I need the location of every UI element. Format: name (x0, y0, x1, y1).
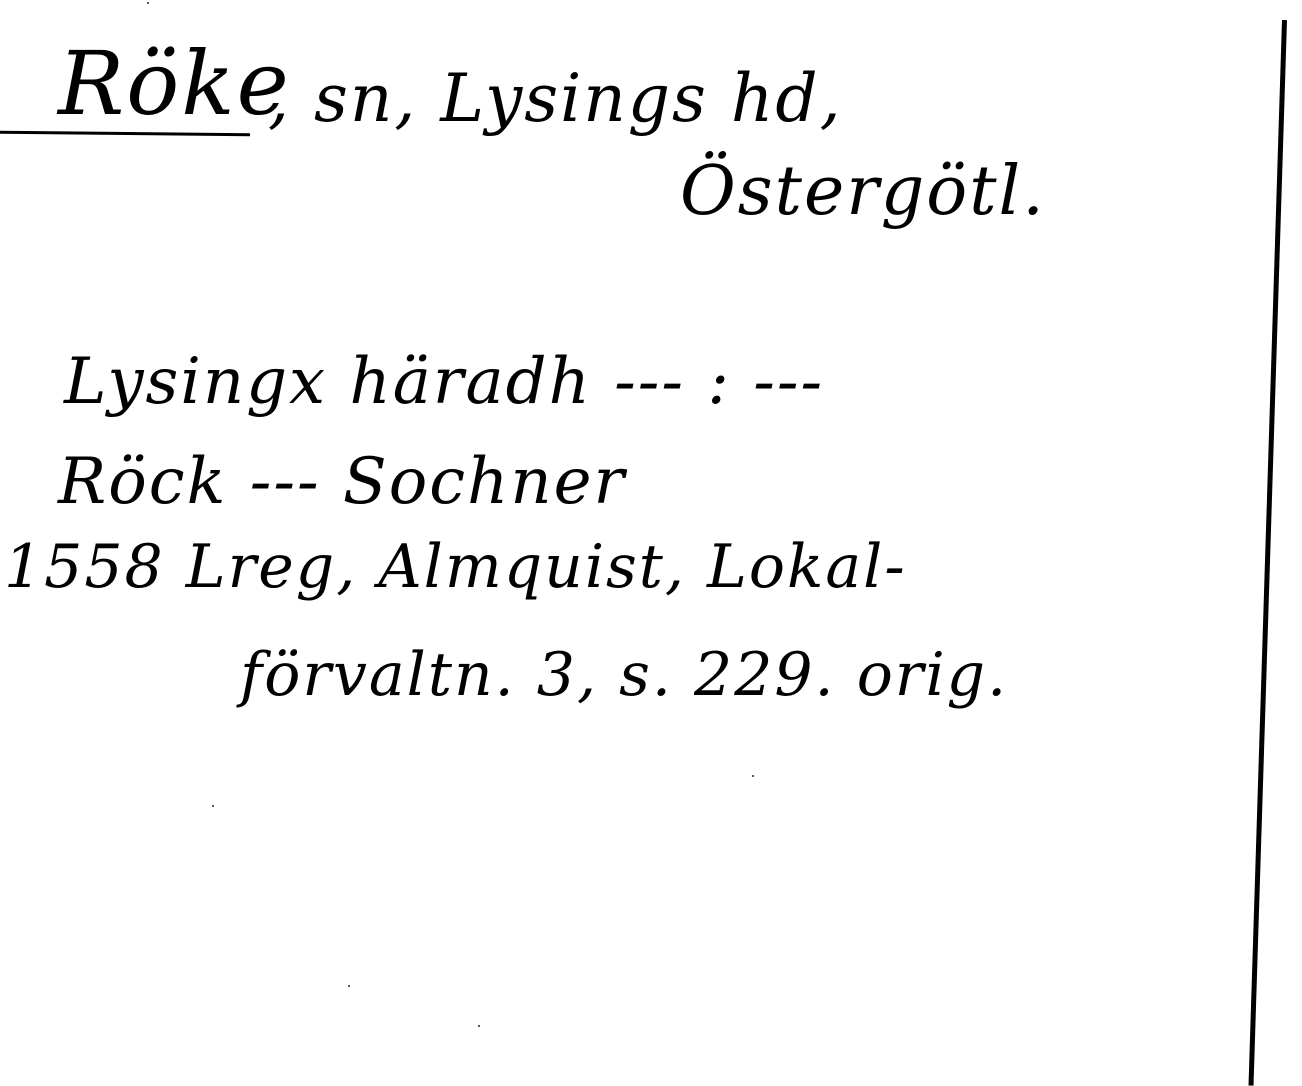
source-line-2: Röck --- Sochner (58, 445, 626, 519)
scan-speck (478, 1025, 480, 1027)
source-line-4: förvaltn. 3, s. 229. orig. (240, 640, 1008, 710)
source-line-3: 1558 Lreg, Almquist, Lokal- (4, 532, 907, 602)
scan-speck (212, 805, 214, 807)
source-line-1: Lysingx häradh --- : --- (64, 345, 824, 419)
archive-card: Röke , sn, Lysings hd, Östergötl. Lysing… (0, 0, 1302, 1086)
headword: Röke (58, 40, 291, 128)
card-edge-line (1249, 20, 1287, 1086)
scan-speck (147, 2, 149, 4)
county-label: Östergötl. (680, 152, 1046, 231)
scan-speck (348, 985, 350, 987)
parish-district-label: , sn, Lysings hd, (268, 60, 843, 137)
scan-speck (752, 775, 754, 777)
